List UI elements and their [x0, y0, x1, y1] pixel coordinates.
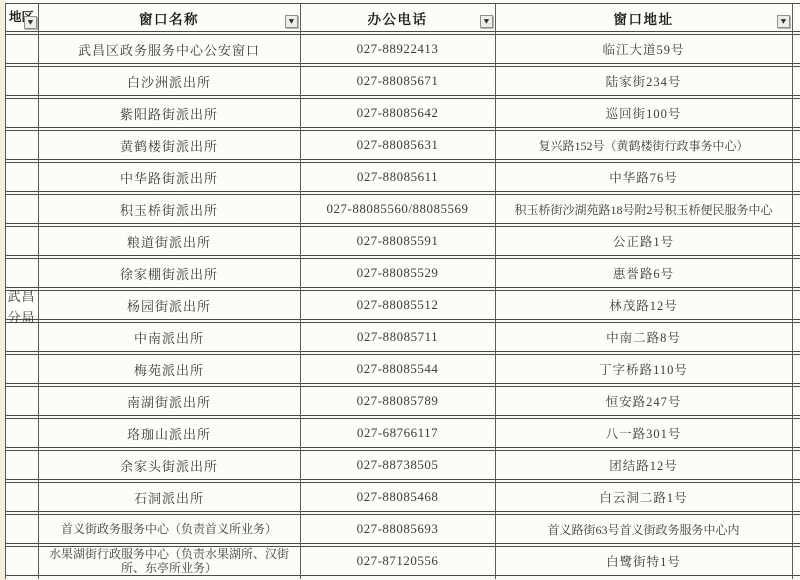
table-row: 粮道街派出所 027-88085591 公正路1号	[5, 226, 800, 256]
region-merged-cell: 武昌分局	[5, 34, 38, 579]
window-address-cell: 丁字桥路110号	[495, 355, 792, 383]
office-phone-cell: 027-68766117	[300, 419, 495, 447]
window-address-cell: 临江大道59号	[495, 35, 792, 63]
column-header-window-address: 窗口地址 ▼	[495, 4, 792, 31]
spacer-cell	[792, 259, 800, 287]
spacer-cell	[792, 35, 800, 63]
window-address-cell: 巡回街100号	[495, 99, 792, 127]
spacer-cell	[792, 515, 800, 543]
column-header-office-phone-label: 办公电话	[368, 8, 428, 28]
office-phone-cell: 027-88085642	[300, 99, 495, 127]
window-name-cell: 积玉桥街派出所	[38, 195, 300, 223]
spacer-cell	[792, 355, 800, 383]
window-name-cell: 水果湖街行政服务中心（负责水果湖所、汉街所、东亭所业务）	[38, 547, 300, 575]
header-row: 地区 ▼ 窗口名称 ▼ 办公电话 ▼ 窗口地址 ▼	[5, 3, 800, 32]
table-row: 首义街政务服务中心（负责首义所业务） 027-88085693 首义路街63号首…	[5, 514, 800, 544]
column-header-window-name-label: 窗口名称	[139, 8, 199, 28]
spacer-cell	[792, 67, 800, 95]
window-address-cell: 积玉桥街沙湖苑路18号附2号积玉桥便民服务中心	[495, 195, 792, 223]
window-address-cell: 中华路76号	[495, 163, 792, 191]
spacer-cell	[792, 451, 800, 479]
spacer-cell	[792, 483, 800, 511]
grid-line-region-name	[38, 3, 39, 579]
spacer-cell	[792, 323, 800, 351]
region-label: 武昌分局	[7, 286, 37, 328]
office-phone-cell: 027-88085711	[300, 323, 495, 351]
spacer-cell	[792, 291, 800, 319]
window-address-cell: 白鹭街特1号	[495, 547, 792, 575]
office-phone-cell: 027-87120556	[300, 547, 495, 575]
table-row: 梅苑派出所 027-88085544 丁字桥路110号	[5, 354, 800, 384]
office-phone-cell: 027-88085693	[300, 515, 495, 543]
spacer-cell	[792, 419, 800, 447]
window-address-cell: 中南二路8号	[495, 323, 792, 351]
spacer-cell	[792, 387, 800, 415]
window-address-cell: 白云洞二路1号	[495, 483, 792, 511]
spacer-cell	[792, 131, 800, 159]
office-phone-cell: 027-88085789	[300, 387, 495, 415]
window-name-cell: 石洞派出所	[38, 483, 300, 511]
table-row: 中华路街派出所 027-88085611 中华路76号	[5, 162, 800, 192]
window-address-cell: 恒安路247号	[495, 387, 792, 415]
grid-line-right	[792, 3, 793, 579]
table-row: 石洞派出所 027-88085468 白云洞二路1号	[5, 482, 800, 512]
window-name-cell: 中南派出所	[38, 323, 300, 351]
window-address-cell: 惠誉路6号	[495, 259, 792, 287]
window-name-cell: 余家头街派出所	[38, 451, 300, 479]
window-address-cell: 复兴路152号（黄鹤楼街行政事务中心）	[495, 131, 792, 159]
spacer-cell	[792, 227, 800, 255]
window-address-cell: 团结路12号	[495, 451, 792, 479]
spacer-cell	[792, 163, 800, 191]
table-row: 紫阳路街派出所 027-88085642 巡回街100号	[5, 98, 800, 128]
window-address-cell: 林茂路12号	[495, 291, 792, 319]
window-name-cell: 徐家棚街派出所	[38, 259, 300, 287]
table-row: 武昌区政务服务中心公安窗口 027-88922413 临江大道59号	[5, 34, 800, 64]
header-spacer-cell	[792, 4, 800, 31]
column-header-window-address-label: 窗口地址	[614, 8, 674, 28]
chevron-down-icon: ▼	[28, 20, 33, 26]
column-header-region: 地区 ▼	[5, 4, 38, 31]
window-address-cell: 首义路街63号首义街政务服务中心内	[495, 515, 792, 543]
chevron-down-icon: ▼	[484, 19, 489, 25]
chevron-down-icon: ▼	[781, 19, 786, 25]
table-row: 杨园街派出所 027-88085512 林茂路12号	[5, 290, 800, 320]
window-address-cell: 八一路301号	[495, 419, 792, 447]
office-phone-cell: 027-88922413	[300, 35, 495, 63]
window-name-cell: 珞珈山派出所	[38, 419, 300, 447]
window-address-cell: 陆家街234号	[495, 67, 792, 95]
table-row: 积玉桥街派出所 027-88085560/88085569 积玉桥街沙湖苑路18…	[5, 194, 800, 224]
office-phone-cell: 027-88085631	[300, 131, 495, 159]
table-row: 中南派出所 027-88085711 中南二路8号	[5, 322, 800, 352]
office-phone-cell: 027-88085544	[300, 355, 495, 383]
window-name-cell: 白沙洲派出所	[38, 67, 300, 95]
window-name-cell: 南湖街派出所	[38, 387, 300, 415]
window-name-cell: 黄鹤楼街派出所	[38, 131, 300, 159]
chevron-down-icon: ▼	[289, 19, 294, 25]
table-row: 白沙洲派出所 027-88085671 陆家街234号	[5, 66, 800, 96]
grid-line-name-phone	[300, 3, 301, 579]
office-phone-filter-button[interactable]: ▼	[480, 15, 493, 28]
office-phone-cell: 027-88738505	[300, 451, 495, 479]
window-address-cell: 公正路1号	[495, 227, 792, 255]
column-header-window-name: 窗口名称 ▼	[38, 4, 300, 31]
window-address-filter-button[interactable]: ▼	[777, 15, 790, 28]
window-name-filter-button[interactable]: ▼	[285, 15, 298, 28]
office-phone-cell: 027-88085468	[300, 483, 495, 511]
region-filter-button[interactable]: ▼	[24, 16, 37, 29]
grid-line-left	[5, 3, 6, 579]
table-screenshot: 武昌分局 地区 ▼ 窗口名称 ▼ 办公电话 ▼ 窗口地址 ▼	[0, 0, 800, 580]
spacer-cell	[792, 195, 800, 223]
spacer-cell	[792, 99, 800, 127]
office-phone-cell: 027-88085529	[300, 259, 495, 287]
window-name-cell: 粮道街派出所	[38, 227, 300, 255]
office-phone-cell: 027-88085560/88085569	[300, 195, 495, 223]
office-phone-cell: 027-88085671	[300, 67, 495, 95]
window-name-cell: 紫阳路街派出所	[38, 99, 300, 127]
grid-line-phone-address	[495, 3, 496, 579]
window-name-cell: 梅苑派出所	[38, 355, 300, 383]
table-row: 黄鹤楼街派出所 027-88085631 复兴路152号（黄鹤楼街行政事务中心）	[5, 130, 800, 160]
table-row: 余家头街派出所 027-88738505 团结路12号	[5, 450, 800, 480]
window-name-cell: 中华路街派出所	[38, 163, 300, 191]
office-phone-cell: 027-88085512	[300, 291, 495, 319]
table-row: 南湖街派出所 027-88085789 恒安路247号	[5, 386, 800, 416]
window-name-cell: 武昌区政务服务中心公安窗口	[38, 35, 300, 63]
column-header-office-phone: 办公电话 ▼	[300, 4, 495, 31]
window-name-cell: 首义街政务服务中心（负责首义所业务）	[38, 515, 300, 543]
table-row: 珞珈山派出所 027-68766117 八一路301号	[5, 418, 800, 448]
police-service-windows-table: 武昌分局 地区 ▼ 窗口名称 ▼ 办公电话 ▼ 窗口地址 ▼	[5, 3, 800, 579]
table-row: 水果湖街行政服务中心（负责水果湖所、汉街所、东亭所业务） 027-8712055…	[5, 546, 800, 576]
spacer-cell	[792, 547, 800, 575]
office-phone-cell: 027-88085611	[300, 163, 495, 191]
office-phone-cell: 027-88085591	[300, 227, 495, 255]
table-row: 徐家棚街派出所 027-88085529 惠誉路6号	[5, 258, 800, 288]
window-name-cell: 杨园街派出所	[38, 291, 300, 319]
